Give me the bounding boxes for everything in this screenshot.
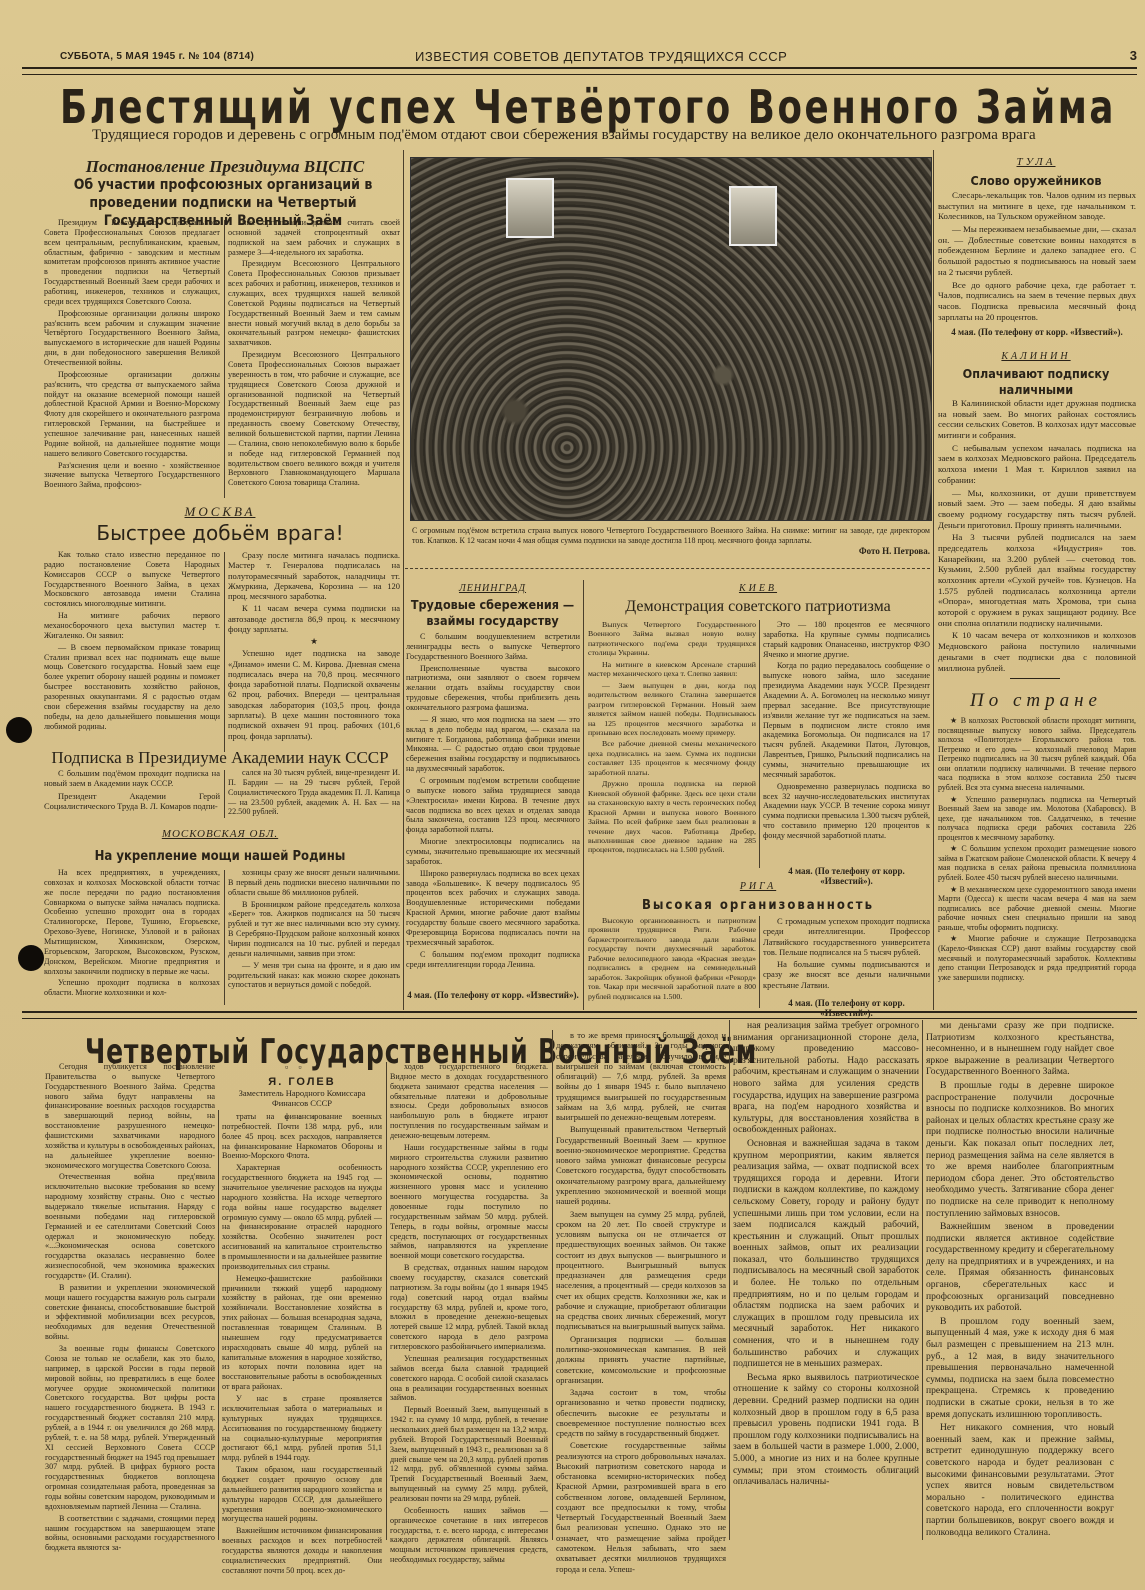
moskva-column-2: Сразу после митинга началась подписка. М… xyxy=(228,550,400,743)
paragraph: Основная и важнейшая задача в таком круп… xyxy=(733,1138,919,1370)
paragraph: Немецко-фашистские разбойники причинили … xyxy=(222,1274,382,1392)
paragraph: ходов государственного бюджета. Видное м… xyxy=(390,1062,548,1141)
vcsps-rubric: Постановление Президиума ВЦСПС xyxy=(60,157,390,177)
paragraph: Широко развернулась подписка во всех цех… xyxy=(406,869,580,948)
paragraph: Организация подписки — большая политико-… xyxy=(556,1334,726,1385)
paragraph: траты на финансирование военных потребно… xyxy=(222,1112,382,1161)
column-rule xyxy=(729,1020,730,1540)
paragraph: Профсоюзные организации должны раз'яснит… xyxy=(44,370,220,459)
paragraph: Отечественная война пред'явила исключите… xyxy=(45,1172,215,1280)
paragraph: ★ Успешно развернулась подписка на Четве… xyxy=(938,795,1136,843)
paragraph: — В своем первомайском приказе товарищ С… xyxy=(44,643,220,732)
paragraph: К 10 часам вечера от колхозников и колхо… xyxy=(938,630,1136,673)
article2-column-1: Сегодня публикуется постановление Правит… xyxy=(45,1062,215,1555)
column-rule xyxy=(386,1062,387,1540)
paragraph: Таким образом, наш государственный бюдже… xyxy=(222,1465,382,1524)
paragraph: — Заем выпущен в дни, когда под водитель… xyxy=(588,681,756,738)
binder-hole xyxy=(18,945,44,971)
paragraph: ная реализация займа требует огромного в… xyxy=(733,1020,919,1136)
leningrad-rubric: ЛЕНИНГРАД xyxy=(405,583,580,594)
paragraph: Это — 180 процентов ее месячного заработ… xyxy=(763,620,930,659)
vcsps-column-2: ные организации должны считать своей осн… xyxy=(228,218,400,490)
paragraph: Выпущенный правительством Четвертый Госу… xyxy=(556,1124,726,1206)
paragraph: В Бронницком районе председатель колхоза… xyxy=(228,900,400,959)
kiev-column-2: Это — 180 процентов ее месячного заработ… xyxy=(763,620,930,843)
paragraph: ные организации должны считать своей осн… xyxy=(228,218,400,257)
kalinin-title: Оплачивают подписку наличными xyxy=(936,366,1136,398)
tula-sign: 4 мая. (По телефону от корр. «Известий»)… xyxy=(938,327,1136,337)
vcsps-column-1: Президиум Всесоюзного Центрального Совет… xyxy=(44,218,220,492)
main-subheadline: Трудящиеся городов и деревень с огромным… xyxy=(92,127,1036,144)
paragraph: На митинге рабочих первого механосборочн… xyxy=(44,611,220,641)
mosobl-column-2: хозницы сразу же вносят деньги наличными… xyxy=(228,868,400,992)
paragraph: Успешная реализация государственных займ… xyxy=(390,1354,548,1403)
mosobl-title: На укрепление мощи нашей Родины xyxy=(40,847,400,866)
paragraph: К 11 часам вечера сумма подписки на авто… xyxy=(228,603,400,634)
mosobl-column-1: На всех предприятиях, в учреждениях, сов… xyxy=(44,868,220,1000)
tula-column: Слесарь-лекальщик тов. Чалов одним из пе… xyxy=(938,190,1136,324)
paragraph: С огромным под'емом встретили сообщение … xyxy=(406,776,580,835)
issue-date: СУББОТА, 5 МАЯ 1945 г. № 104 (8714) xyxy=(60,51,254,62)
column-rule xyxy=(759,916,760,1008)
paragraph: ★ В механическом цехе судоремонтного зав… xyxy=(938,885,1136,933)
paragraph: Успешно проходит подписка в колхозах обл… xyxy=(44,978,220,998)
page-number: 3 xyxy=(1130,48,1137,63)
column-rule xyxy=(224,220,225,498)
paragraph: На большие суммы подписываются и сразу ж… xyxy=(763,959,930,990)
paragraph: Преисполненные чувства высокого патриоти… xyxy=(406,664,580,713)
paragraph: Слесарь-лекальщик тов. Чалов одним из пе… xyxy=(938,190,1136,222)
column-rule xyxy=(224,770,225,818)
paragraph: Заем выпущен на сумму 25 млрд. рублей, с… xyxy=(556,1209,726,1332)
paragraph: В прошлом году военный заем, выпущенный … xyxy=(926,1316,1114,1420)
paragraph: Сегодня публикуется постановление Правит… xyxy=(45,1062,215,1170)
photo-credit: Фото Н. Петрова. xyxy=(820,546,930,556)
paragraph: в то же время приносят большой доход и д… xyxy=(556,1030,726,1122)
mosobl-rubric: МОСКОВСКАЯ ОБЛ. xyxy=(40,828,400,840)
riga-rubric: РИГА xyxy=(586,881,930,892)
paragraph: Важнейшим источником финансирования воен… xyxy=(222,1526,382,1575)
column-rule xyxy=(224,552,225,752)
section-rule xyxy=(22,1011,1137,1019)
article2-column-6: ми деньгами сразу же при подписке. Патри… xyxy=(926,1020,1114,1540)
tula-rubric: ТУЛА xyxy=(936,156,1136,168)
po-strane-rubric: По стране xyxy=(936,690,1136,712)
main-headline: Блестящий успех Четвёртого Военного Займ… xyxy=(60,80,1116,134)
column-rule xyxy=(218,1110,219,1540)
kalinin-column: В Калининской области идет дружная подпи… xyxy=(938,398,1136,675)
paragraph: Президиум Всесоюзного Центрального Совет… xyxy=(228,259,400,348)
binder-hole xyxy=(6,717,32,743)
paragraph: В соответствии с задачами, стоящими пере… xyxy=(45,1514,215,1553)
paragraph: Профсоюзные организации должны широко ра… xyxy=(44,309,220,368)
paragraph: Все рабочие дневной смены механического … xyxy=(588,739,756,777)
paragraph: Многие электросиловцы подписались на сум… xyxy=(406,837,580,867)
paragraph: Президиум Всесоюзного Центрального Совет… xyxy=(228,350,400,488)
column-rule xyxy=(922,1020,923,1540)
paragraph: Дружно прошла подписка на первой Киевско… xyxy=(588,779,756,855)
paragraph: ★ xyxy=(228,636,400,646)
moskva-title: Быстрее добьём врага! xyxy=(40,521,400,545)
riga-column-1: Высокую организованность и патриотизм пр… xyxy=(588,916,756,1003)
riga-column-2: С громадным успехом проходит подписка ср… xyxy=(763,916,930,992)
paragraph: — Мы переживаем незабываемые дни, — сказ… xyxy=(938,224,1136,277)
column-rule xyxy=(224,870,225,1005)
article2-column-4: в то же время приносят большой доход и д… xyxy=(556,1030,726,1576)
riga-title: Высокая организованность xyxy=(586,896,930,915)
academy-column-1: С большим под'ёмом проходит подписка на … xyxy=(44,768,220,813)
portrait-left xyxy=(506,178,554,238)
paragraph: — У меня три сына на фронте, и я даю им … xyxy=(228,961,400,991)
paragraph: С большим под'емом проходит подписка сре… xyxy=(406,950,580,970)
paragraph: Первый Военный Заем, выпущенный в 1942 г… xyxy=(390,1405,548,1504)
academy-title: Подписка в Президиуме Академии наук СССР xyxy=(40,748,400,768)
kiev-rubric: КИЕВ xyxy=(586,583,930,594)
column-rule xyxy=(552,1030,553,1540)
ornament: ▫ ▫ ▫ xyxy=(222,1062,382,1072)
paragraph: У нас в стране проявляется исключительна… xyxy=(222,1394,382,1463)
article2-column-3: ходов государственного бюджета. Видное м… xyxy=(390,1062,548,1567)
paragraph: Успешно идет подписка на заводе «Динамо»… xyxy=(228,648,400,740)
paragraph: В Калининской области идет дружная подпи… xyxy=(938,398,1136,441)
author-name: Я. ГОЛЕВ xyxy=(222,1076,382,1088)
paragraph: На митинге в киевском Арсенале старший м… xyxy=(588,660,756,679)
masthead-rule xyxy=(22,67,1137,75)
paragraph: На всех предприятиях, в учреждениях, сов… xyxy=(44,868,220,976)
article2-column-2: траты на финансирование военных потребно… xyxy=(222,1112,382,1578)
column-rule xyxy=(583,580,584,1010)
rally-photo xyxy=(410,157,932,521)
kiev-column-1: Выпуск Четвертого Государственного Военн… xyxy=(588,620,756,857)
tula-title: Слово оружейников xyxy=(936,171,1136,190)
paragraph: В развитии и укреплении экономической мо… xyxy=(45,1283,215,1342)
paper-name: ИЗВЕСТИЯ СОВЕТОВ ДЕПУТАТОВ ТРУДЯЩИХСЯ СС… xyxy=(415,49,787,64)
paragraph: Все до одного рабочие цеха, где работает… xyxy=(938,280,1136,323)
paragraph: Советские государственные займы реализую… xyxy=(556,1440,726,1573)
academy-column-2: сался на 30 тысяч рублей, вице-президент… xyxy=(228,768,400,819)
paragraph: Важнейшим звеном в проведении подписки я… xyxy=(926,1221,1114,1314)
paragraph: ★ Многие рабочие и служащие Петрозаводск… xyxy=(938,934,1136,982)
paragraph: Задача состоит в том, чтобы организованн… xyxy=(556,1387,726,1438)
paragraph: Президент Академии Герой Социалистическо… xyxy=(44,791,220,812)
column-rule xyxy=(759,620,760,868)
paragraph: За военные годы финансы Советского Союза… xyxy=(45,1344,215,1512)
paragraph: С громадным успехом проходит подписка ср… xyxy=(763,916,930,957)
paragraph: Нет никакого сомнения, что новый военный… xyxy=(926,1422,1114,1538)
paragraph: Характерная особенность государственного… xyxy=(222,1163,382,1271)
paragraph: С большим воодушевлением встретили ленин… xyxy=(406,632,580,662)
author-role: Заместитель Народного Комиссара Финансов… xyxy=(222,1088,382,1108)
leningrad-sign: 4 мая. (По телефону от корр. «Известий»)… xyxy=(406,990,580,1000)
moskva-rubric: МОСКВА xyxy=(40,504,400,520)
article2-column-5: ная реализация займа требует огромного в… xyxy=(733,1020,919,1490)
section-divider xyxy=(405,568,930,569)
po-strane-column: ★ В колхозах Ростовской области проходят… xyxy=(938,716,1136,984)
paragraph: Одновременно развернулась подписка во вс… xyxy=(763,782,930,841)
photo-caption: С огромным под'ёмом встретила страна вып… xyxy=(412,526,930,545)
paragraph: Высокую организованность и патриотизм пр… xyxy=(588,916,756,1001)
paragraph: Сразу после митинга началась подписка. М… xyxy=(228,550,400,601)
paragraph: Выпуск Четвертого Государственного Военн… xyxy=(588,620,756,658)
paragraph: На 3 тысячи рублей подписался на заем пр… xyxy=(938,532,1136,628)
paragraph: хозницы сразу же вносят деньги наличными… xyxy=(228,868,400,898)
paragraph: ★ В колхозах Ростовской области проходят… xyxy=(938,716,1136,793)
paragraph: ми деньгами сразу же при подписке. Патри… xyxy=(926,1020,1114,1078)
paragraph: Наши государственные займы в годы мирног… xyxy=(390,1143,548,1261)
paragraph: — Мы, колхозники, от души приветствуем н… xyxy=(938,488,1136,531)
section-divider xyxy=(1010,678,1060,679)
paragraph: Президиум Всесоюзного Центрального Совет… xyxy=(44,218,220,307)
column-rule xyxy=(933,150,934,1010)
paragraph: сался на 30 тысяч рублей, вице-президент… xyxy=(228,768,400,817)
paragraph: Весьма ярко выявилось патриотическое отн… xyxy=(733,1372,919,1488)
column-rule xyxy=(403,150,404,1010)
paragraph: С небывалым успехом началась подписка на… xyxy=(938,443,1136,486)
paragraph: В средствах, отданных нашим народом свое… xyxy=(390,1263,548,1352)
kiev-title: Демонстрация советского патриотизма xyxy=(586,598,930,616)
portrait-right xyxy=(729,186,777,246)
paragraph: Раз'яснения цели и военно - хозяйственно… xyxy=(44,461,220,491)
paragraph: С большим под'ёмом проходит подписка на … xyxy=(44,768,220,789)
paragraph: Особенность наших займов — органическое … xyxy=(390,1506,548,1565)
leningrad-title: Трудовые сбережения — взаймы государству xyxy=(405,597,580,629)
paragraph: В прошлые годы в деревне широкое распрос… xyxy=(926,1080,1114,1219)
kalinin-rubric: КАЛИНИН xyxy=(936,351,1136,362)
paragraph: ★ С большим успехом проходит размещение … xyxy=(938,844,1136,882)
paragraph: Когда по радио передавалось сообщение о … xyxy=(763,661,930,779)
leningrad-column: С большим воодушевлением встретили ленин… xyxy=(406,632,580,971)
paragraph: — Я знаю, что моя подписка на заем — это… xyxy=(406,715,580,774)
paragraph: Как только стало известно переданное по … xyxy=(44,550,220,609)
moskva-column-1: Как только стало известно переданное по … xyxy=(44,550,220,733)
